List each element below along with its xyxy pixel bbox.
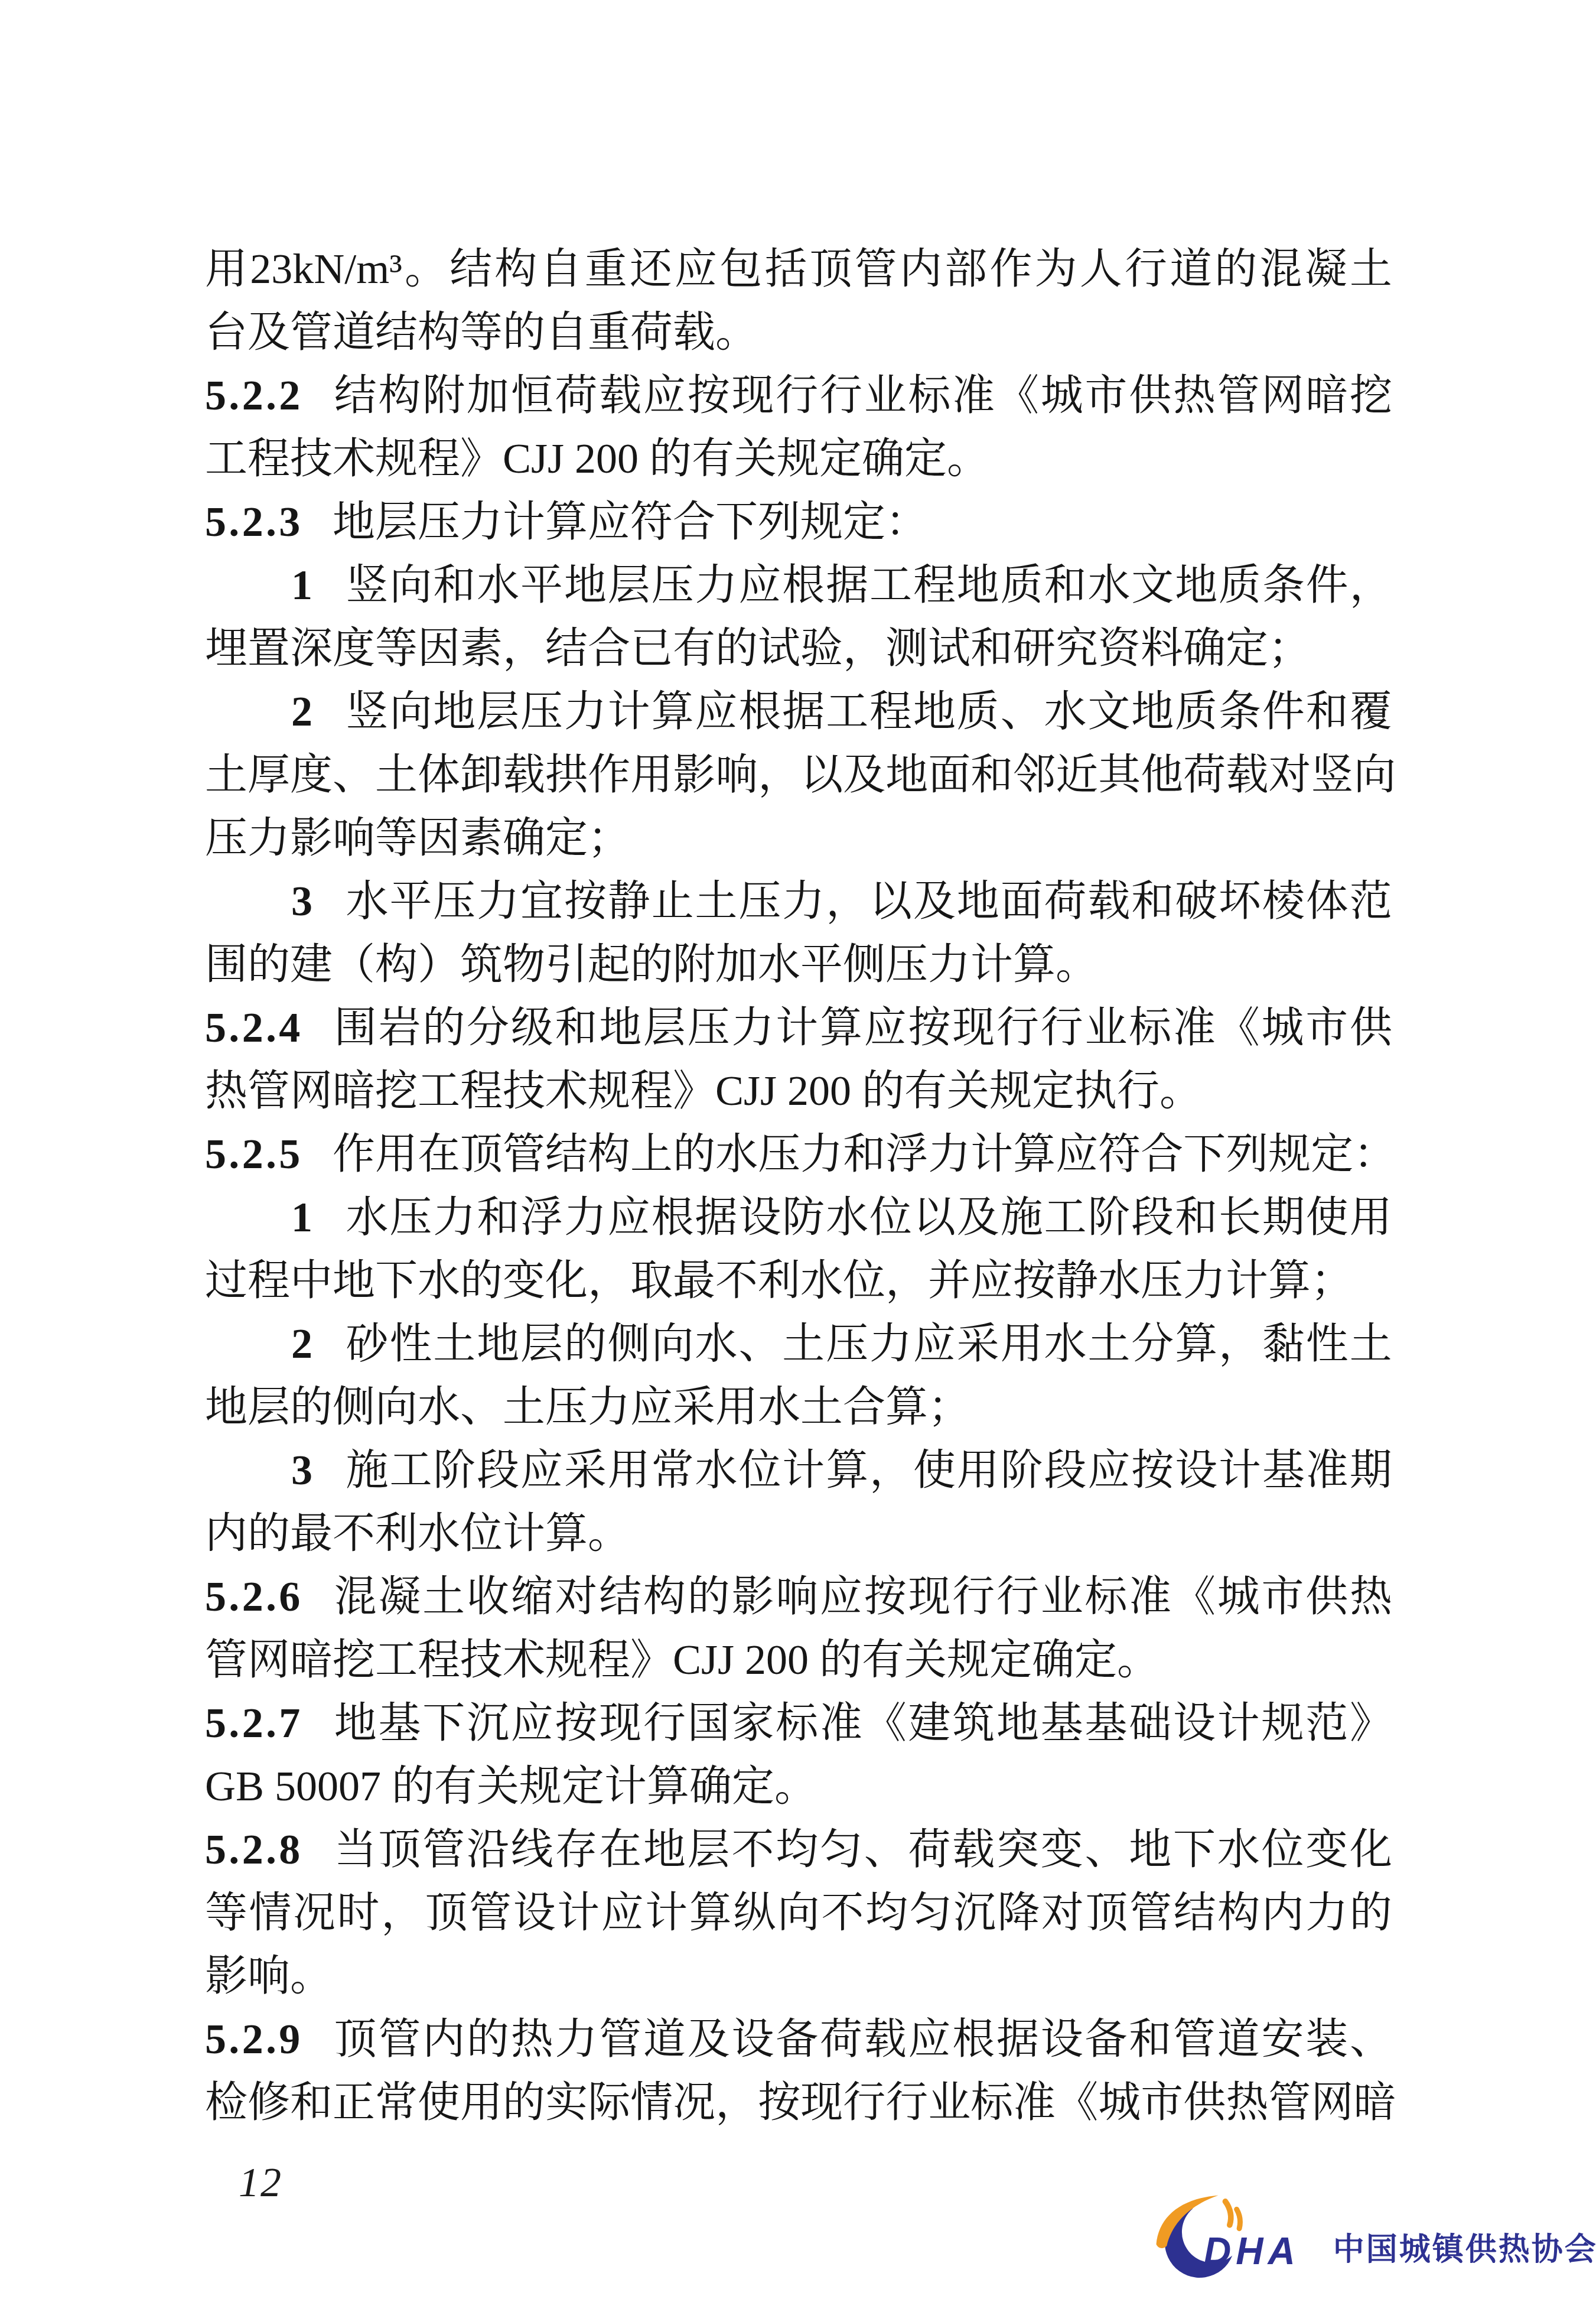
clause-line: 5.2.2结构附加恒荷载应按现行行业标准《城市供热管网暗挖 [205,364,1392,427]
clause-number: 3 [291,1439,345,1502]
text-line: 土厚度、土体卸载拱作用影响，以及地面和邻近其他荷载对竖向 [205,743,1392,807]
clause-number: 5.2.4 [205,996,333,1059]
clause-line: 2竖向地层压力计算应根据工程地质、水文地质条件和覆 [291,680,1392,743]
clause-line: 2砂性土地层的侧向水、土压力应采用水土分算，黏性土 [291,1312,1392,1376]
text-line: 工程技术规程》CJJ 200 的有关规定确定。 [205,427,1392,490]
clause-number: 1 [291,554,345,617]
clause-number: 1 [291,1186,345,1249]
clause-number: 2 [291,680,345,743]
text-line: 台及管道结构等的自重荷载。 [205,301,1392,364]
text-line: 热管网暗挖工程技术规程》CJJ 200 的有关规定执行。 [205,1059,1392,1123]
clause-line: 5.2.7地基下沉应按现行国家标准《建筑地基基础设计规范》 [205,1692,1392,1755]
logo-wave-tick-2 [1237,2209,1240,2229]
clause-number: 5.2.3 [205,498,333,545]
clause-line: 1竖向和水平地层压力应根据工程地质和水文地质条件， [291,554,1392,617]
clause-number: 2 [291,1312,345,1376]
cdha-logo: DHA 中国城镇供热协会 [1155,2193,1596,2282]
text-line: GB 50007 的有关规定计算确定。 [205,1755,1392,1818]
clause-line: 5.2.4围岩的分级和地层压力计算应按现行行业标准《城市供 [205,996,1392,1059]
document-body: 用23kN/m³。结构自重还应包括顶管内部作为人行道的混凝土台及管道结构等的自重… [205,238,1392,2134]
text-line: 围的建（构）筑物引起的附加水平侧压力计算。 [205,933,1392,996]
clause-number: 5.2.2 [205,364,333,427]
text-line: 埋置深度等因素，结合已有的试验，测试和研究资料确定； [205,617,1392,680]
text-line: 内的最不利水位计算。 [205,1502,1392,1565]
clause-line: 5.2.5作用在顶管结构上的水压力和浮力计算应符合下列规定： [205,1123,1392,1186]
text-line: 检修和正常使用的实际情况，按现行行业标准《城市供热管网暗 [205,2071,1392,2134]
text-line: 影响。 [205,1944,1392,2008]
clause-number: 5.2.7 [205,1692,333,1755]
clause-number: 5.2.5 [205,1123,333,1186]
text-line: 压力影响等因素确定； [205,807,1392,870]
clause-number: 5.2.8 [205,1818,333,1881]
clause-number: 5.2.6 [205,1565,333,1628]
clause-number: 5.2.9 [205,2008,333,2071]
page-number: 12 [239,2160,282,2206]
logo-abbr: DHA [1204,2232,1300,2270]
clause-line: 3水平压力宜按静止土压力，以及地面荷载和破坏棱体范 [291,870,1392,933]
clause-line: 1水压力和浮力应根据设防水位以及施工阶段和长期使用 [291,1186,1392,1249]
text-line: 地层的侧向水、土压力应采用水土合算； [205,1376,1392,1439]
text-line: 用23kN/m³。结构自重还应包括顶管内部作为人行道的混凝土 [205,238,1392,301]
clause-line: 3施工阶段应采用常水位计算，使用阶段应按设计基准期 [291,1439,1392,1502]
clause-line: 5.2.3地层压力计算应符合下列规定： [205,490,1392,554]
clause-line: 5.2.9顶管内的热力管道及设备荷载应根据设备和管道安装、 [205,2008,1392,2071]
logo-name: 中国城镇供热协会 [1333,2234,1596,2265]
logo-wave-tick-1 [1225,2202,1230,2225]
clause-line: 5.2.6混凝土收缩对结构的影响应按现行行业标准《城市供热 [205,1565,1392,1628]
text-line: 过程中地下水的变化，取最不利水位，并应按静水压力计算； [205,1249,1392,1312]
clause-number: 3 [291,870,345,933]
text-line: 管网暗挖工程技术规程》CJJ 200 的有关规定确定。 [205,1628,1392,1692]
text-line: 等情况时，顶管设计应计算纵向不均匀沉降对顶管结构内力的 [205,1881,1392,1944]
clause-line: 5.2.8当顶管沿线存在地层不均匀、荷载突变、地下水位变化 [205,1818,1392,1881]
document-page: 用23kN/m³。结构自重还应包括顶管内部作为人行道的混凝土台及管道结构等的自重… [0,0,1596,2312]
